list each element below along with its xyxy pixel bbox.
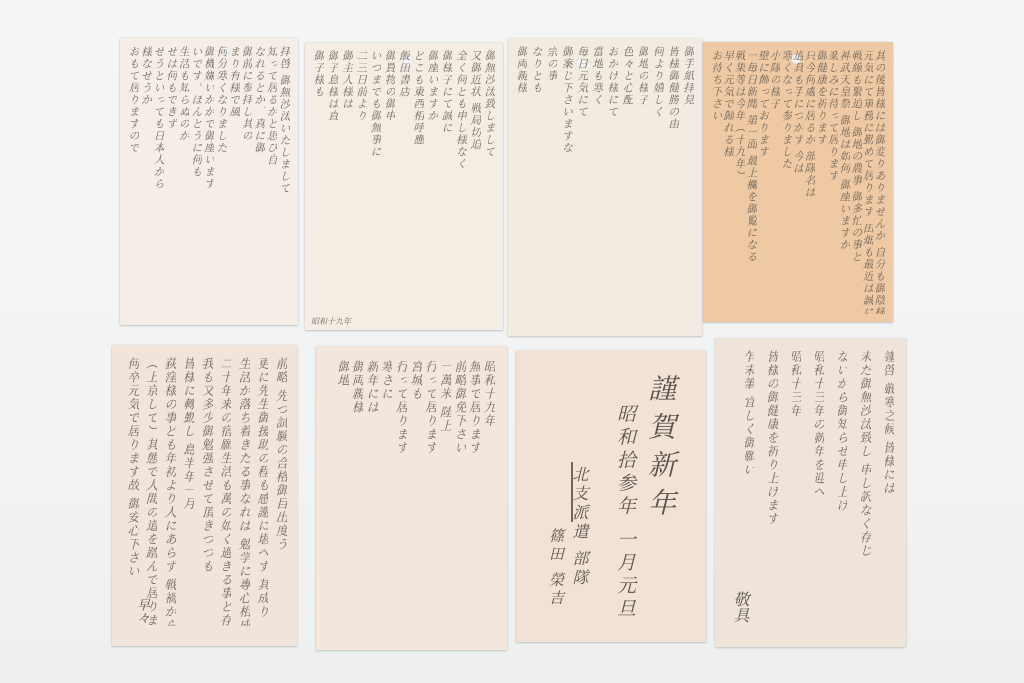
text-line: 知って居るかと思ひ自 bbox=[266, 46, 277, 317]
text-line: 前略御免下さい bbox=[453, 360, 466, 600]
text-line: いです。ほんとうに何も bbox=[191, 46, 202, 317]
text-line: 戦線も緊迫し 御地の農事 御多忙の事と bbox=[851, 50, 862, 314]
text-line: 只今何處に居るか 部隊名は bbox=[804, 50, 815, 314]
text-line: 昭和十三年 bbox=[792, 350, 801, 617]
text-line: なれるとか、真に御 bbox=[254, 46, 265, 317]
signature: 敬具 bbox=[729, 591, 752, 623]
text-line: 御無沙汰致しまして bbox=[484, 50, 495, 314]
text-line: 行って居ります bbox=[424, 360, 437, 600]
text-line: 御地の様子 bbox=[637, 46, 648, 328]
text-line: 御地 bbox=[336, 360, 349, 600]
text-line: 未だ御無沙汰致し 申し訳なく存じ bbox=[861, 350, 870, 617]
text-line: （上京して）其態で人間の道を踏んで居ります bbox=[145, 357, 158, 626]
postcard-top-3: 御手紙拝見 皆様御健勝の由 何より嬉しく 御地の様子 色々と心配 おかげ様にて … bbox=[508, 38, 702, 336]
text-line: 其の後皆様には御変りありませんか 自分も御陰様に bbox=[874, 50, 885, 314]
text-line: 前略 先づ試験の合格御目出度う bbox=[275, 357, 288, 626]
handwritten-text: 拝啓 御無沙汰いたしまして 知って居るかと思ひ自 なれるとか、真に御 御前に参拝… bbox=[128, 46, 290, 317]
text-line: ないから御知らせ申し上げ bbox=[838, 350, 847, 617]
text-line: せは何もできず bbox=[166, 46, 177, 317]
text-line: おかげ様にて bbox=[607, 46, 618, 328]
sender-name-text: 篠田 榮吉 bbox=[546, 528, 567, 608]
text-line: 御前に参拝し其の bbox=[241, 46, 252, 317]
text-line: 御機嫌いかがで御座います bbox=[203, 46, 214, 317]
postcard-top-4: 其の後皆様には御変りありませんか 自分も御陰様に 元気にて軍務に勤めて居ります … bbox=[703, 42, 893, 322]
text-line: 御案じ下さいますな bbox=[562, 46, 573, 328]
text-line: 毎日元気にて bbox=[577, 46, 588, 328]
text-line: 生活が落ち着きたる事なれば 勉学に專心相成り bbox=[237, 357, 250, 626]
text-line: 戦果等は今年（十九年） bbox=[734, 50, 745, 314]
text-line: 又御近状 戦局切迫 bbox=[470, 50, 481, 314]
text-line: 寒くなって参りました bbox=[781, 50, 792, 314]
text-line: いつまでも御無事に bbox=[370, 50, 381, 314]
text-line: 御両親様 bbox=[516, 46, 527, 328]
text-line: 無事で居ります bbox=[468, 360, 481, 600]
postcard-bottom-3: 謹賀新年 昭和拾参年 一月元旦 北支派遣 部隊 篠田 榮吉 bbox=[516, 350, 706, 642]
text-line: 新年には bbox=[365, 360, 378, 600]
text-line: 御買物の御申 bbox=[384, 50, 395, 314]
text-line: 拝啓 御無沙汰いたしまして bbox=[279, 46, 290, 317]
text-line: 神武天皇祭 御地は如何 御座いますか bbox=[839, 50, 850, 314]
date-text: 昭和拾参年 一月元旦 bbox=[612, 404, 639, 621]
text-line: なりとも bbox=[531, 46, 542, 328]
text-line: まり有様で風 bbox=[229, 46, 240, 317]
text-line: 小隊の様子 bbox=[769, 50, 780, 314]
text-line: 御手紙拝見 bbox=[683, 46, 694, 328]
text-line: 更に先生御援助の程も感謝に堪へず 其成り bbox=[256, 357, 269, 626]
text-line: 謹啓 厳寒之候 皆様には bbox=[885, 350, 894, 617]
text-line: 昭和十九年 bbox=[482, 360, 495, 600]
text-line: 一毎日新聞 第一面 最上欄を御覧になる bbox=[746, 50, 757, 314]
postcard-bottom-4: 謹啓 厳寒之候 皆様には 未だ御無沙汰致し 申し訳なく存じ ないから御知らせ申し… bbox=[715, 338, 906, 647]
handwritten-text: 御手紙拝見 皆様御健勝の由 何より嬉しく 御地の様子 色々と心配 おかげ様にて … bbox=[516, 46, 694, 328]
text-line: 行って居ります bbox=[395, 360, 408, 600]
text-line: 昭和十三年の新年を迎へ bbox=[815, 350, 824, 617]
signature: 早々 bbox=[132, 598, 151, 624]
text-line: 皆様の御健康を祈り上げます bbox=[768, 350, 777, 617]
handwritten-text: 昭和十九年 無事で居ります 前略御免下さい 一萬米 陸上 行って居ります 宮城も… bbox=[336, 360, 495, 600]
text-line: 御座いますか bbox=[427, 50, 438, 314]
text-line: 宮城も bbox=[409, 360, 422, 600]
text-line: 元気にて軍務に勤めて居ります 田畑も最近は誠に bbox=[862, 50, 873, 314]
text-line: 荻窪様の事ども年初より人にあらず 戦禍から戦禍 bbox=[163, 357, 176, 626]
text-line: 皆様御健勝の由 bbox=[668, 46, 679, 328]
text-line: 御様子にて誠に bbox=[441, 50, 452, 314]
text-line: 御子様も bbox=[313, 50, 324, 314]
text-line: 寒さに bbox=[380, 360, 393, 600]
text-line: 二三日前より bbox=[356, 50, 367, 314]
handwritten-text: 前略 先づ試験の合格御目出度う 更に先生御援助の程も感謝に堪へず 其成り 生活が… bbox=[126, 357, 287, 626]
text-line: 道具も手につかず 今は bbox=[792, 50, 803, 314]
text-line: 全く何とも申し様なく bbox=[456, 50, 467, 314]
text-line: 二十年来の宿願生活も萬の如く過ぎる事と存じます bbox=[219, 357, 232, 626]
text-line: 楽しみに待って居ります bbox=[827, 50, 838, 314]
text-line: 早く元気で歸れる様 bbox=[723, 50, 734, 314]
handwritten-text: 其の後皆様には御変りありませんか 自分も御陰様に 元気にて軍務に勤めて居ります … bbox=[711, 50, 885, 314]
greeting-text: 謹賀新年 bbox=[640, 374, 680, 526]
text-line: 御主人様は bbox=[342, 50, 353, 314]
text-line: 様なせうか bbox=[141, 46, 152, 317]
text-line: 當地も寒く bbox=[592, 46, 603, 328]
handwritten-text: 御無沙汰致しまして 又御近状 戦局切迫 全く何とも申し様なく 御様子にて誠に 御… bbox=[313, 50, 495, 314]
text-line: おもて居りますので bbox=[128, 46, 139, 317]
text-line: 一萬米 陸上 bbox=[438, 360, 451, 600]
footer-date-text: 昭和十九年 bbox=[311, 316, 351, 327]
text-line: 皆様に轉勤し 島半年一月 bbox=[182, 357, 195, 626]
text-line: 我も又多少御勉強させて頂きつつも bbox=[200, 357, 213, 626]
text-line: 御子息様は直 bbox=[327, 50, 338, 314]
postcard-bottom-1: 前略 先づ試験の合格御目出度う 更に先生御援助の程も感謝に堪へず 其成り 生活が… bbox=[112, 345, 297, 646]
text-line: 御健康を祈ります bbox=[816, 50, 827, 314]
postcard-top-2: 御無沙汰致しまして 又御近状 戦局切迫 全く何とも申し様なく 御様子にて誠に 御… bbox=[305, 42, 503, 330]
text-line: 何より嬉しく bbox=[653, 46, 664, 328]
text-line: 壁に飾っております bbox=[758, 50, 769, 314]
pencil-stroke bbox=[571, 462, 573, 522]
text-line: 乍末筆 宜しく御願い bbox=[745, 350, 754, 617]
handwritten-text: 謹啓 厳寒之候 皆様には 未だ御無沙汰致し 申し訳なく存じ ないから御知らせ申し… bbox=[745, 350, 894, 617]
text-line: 何分寒くなりました bbox=[216, 46, 227, 317]
text-line: 御両親様 bbox=[351, 360, 364, 600]
text-line: せうといっても日本人から bbox=[153, 46, 164, 317]
text-line: 飯田書店 bbox=[399, 50, 410, 314]
postcard-top-1: 拝啓 御無沙汰いたしまして 知って居るかと思ひ自 なれるとか、真に御 御前に参拝… bbox=[120, 38, 298, 325]
text-line: どこも東西相呼應 bbox=[413, 50, 424, 314]
text-line: 宗の事 bbox=[546, 46, 557, 328]
text-line: お待ち下さい bbox=[711, 50, 722, 314]
text-line: 生活も知らぬのか bbox=[178, 46, 189, 317]
postcard-bottom-2: 昭和十九年 無事で居ります 前略御免下さい 一萬米 陸上 行って居ります 宮城も… bbox=[316, 346, 507, 650]
text-line: 何卒元気で居ります故 御安心下さい bbox=[126, 357, 139, 626]
text-line: 色々と心配 bbox=[622, 46, 633, 328]
